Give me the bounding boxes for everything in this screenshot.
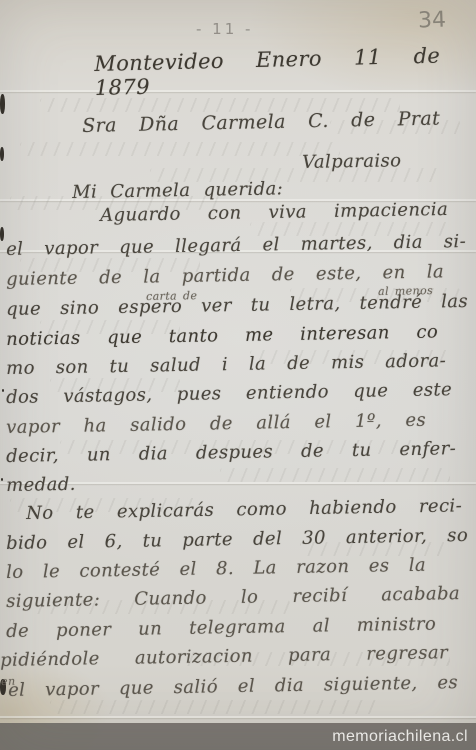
manuscript-line: lo le contesté el 8. La razon es la xyxy=(6,556,426,583)
manuscript-line: el vapor que salió el dia siguiente, es xyxy=(8,673,458,701)
page-edge-shadow xyxy=(0,147,4,161)
page-edge-shadow xyxy=(0,227,4,241)
letter-dateline: Montevideo Enero 11 de 1879 xyxy=(94,44,441,100)
watermark-text: memoriachilena.cl xyxy=(332,728,476,746)
manuscript-page-photo: - 11 - 34 Montevideo Enero 11 de 1879 Sr… xyxy=(0,0,476,750)
ink-bleedthrough xyxy=(20,142,340,156)
page-edge-shadow xyxy=(0,94,5,114)
manuscript-line: vapor ha salido de allá el 1º, es xyxy=(6,411,426,438)
manuscript-line: siguiente: Cuando lo recibí acababa xyxy=(6,584,460,612)
letter-place: Valparaiso xyxy=(302,151,428,173)
watermark-band: memoriachilena.cl xyxy=(0,723,476,750)
manuscript-line: pidiéndole autorizacion para regresar xyxy=(0,643,448,671)
manuscript-line: medad. xyxy=(6,475,76,496)
manuscript-line: de poner un telegrama al ministro xyxy=(6,614,436,642)
folio-number: 34 xyxy=(418,8,447,34)
page-edge-shadow xyxy=(1,478,3,481)
ink-bleedthrough xyxy=(220,468,450,482)
page-edge-shadow xyxy=(2,389,4,392)
page-number-pencil: - 11 - xyxy=(196,20,253,38)
ink-bleedthrough xyxy=(50,700,380,714)
manuscript-line: el vapor que llegará el martes, dia si- xyxy=(6,232,466,260)
fold-crease xyxy=(0,716,476,718)
manuscript-line: que sino espero ver tu letra, tendré las xyxy=(6,292,468,320)
manuscript-line: mo son tu salud i la de mis adora- xyxy=(6,351,446,379)
letter-salutation: Mi Carmela querida: xyxy=(72,179,304,203)
